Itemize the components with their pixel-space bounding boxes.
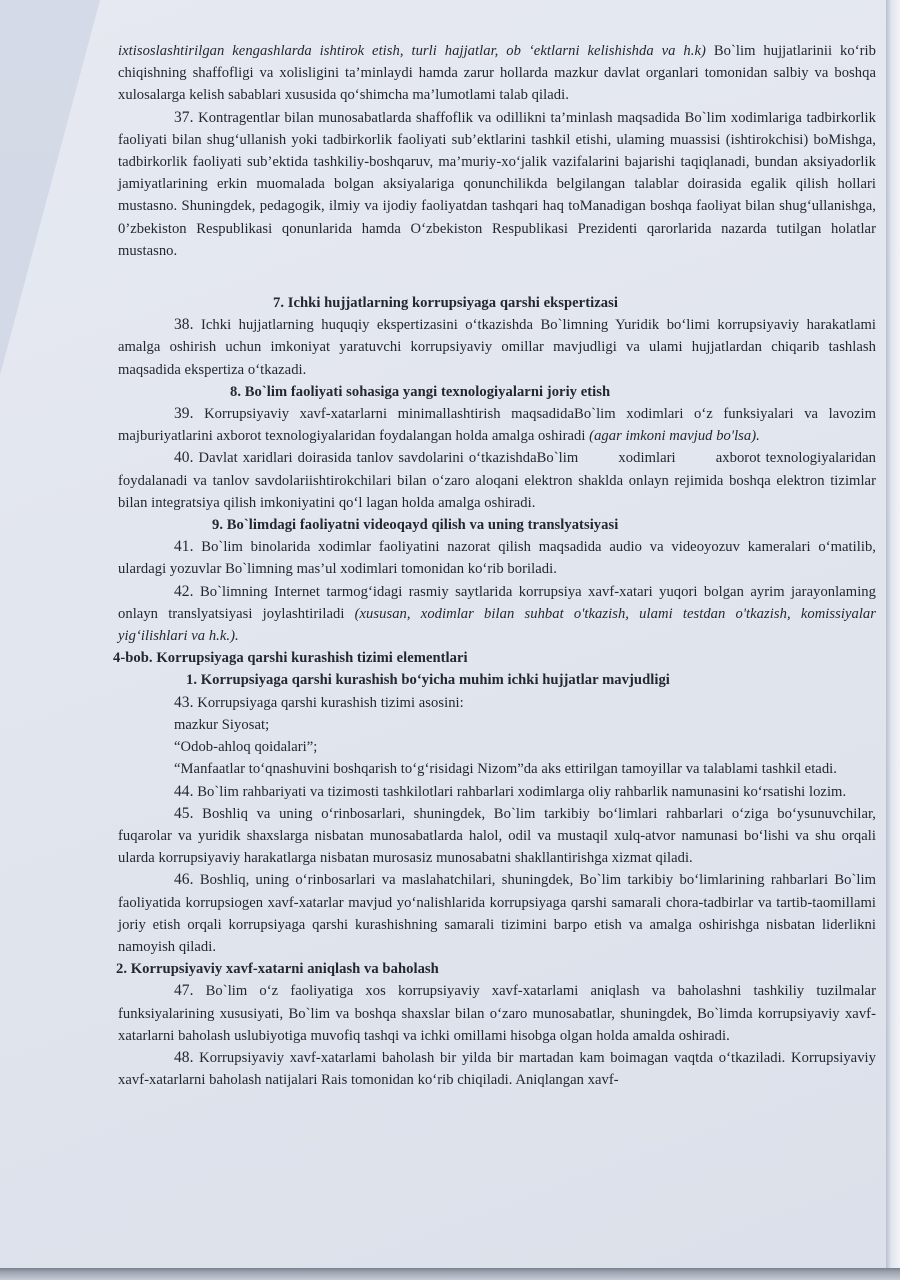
paragraph-44: 44. Bo`lim rahbariyati va tizimosti tash… — [118, 781, 876, 803]
paragraph-39: 39. Korrupsiyaviy xavf-xatarlarni minima… — [118, 403, 876, 447]
paragraph-number: 42. — [174, 583, 194, 600]
paragraph-43: 43. Korrupsiyaga qarshi kurashish tizimi… — [118, 692, 876, 714]
list-item: “Odob-ahloq qoidalari”; — [118, 736, 876, 758]
section-heading-8: 8. Bo`lim faoliyati sohasiga yangi texno… — [118, 381, 876, 403]
paragraph-number: 37. — [174, 109, 194, 126]
chapter-heading: 4-bob. Korrupsiyaga qarshi kurashish tiz… — [113, 647, 876, 669]
section-heading-9: 9. Bo`limdagi faoliyatni videoqayd qilis… — [118, 514, 876, 536]
paragraph-text: Ichki hujjatlarning huquqiy ekspertizasi… — [118, 317, 876, 377]
subsection-heading-2: 2. Korrupsiyaviy xavf-xatarni aniqlash v… — [116, 958, 876, 980]
paragraph-text: Bo`lim binolarida xodimlar faoliyatini n… — [118, 539, 876, 577]
paragraph-number: 44. — [174, 783, 194, 800]
paragraph-number: 46. — [174, 871, 194, 888]
paragraph-number: 39. — [174, 405, 194, 422]
paragraph-text: Boshliq va uning o‘rinbosarlari, shuning… — [118, 806, 876, 866]
paragraph-42: 42. Bo`limning Internet tarmog‘idagi ras… — [118, 581, 876, 648]
italic-note: ixtisoslashtirilgan kengashlarda ishtiro… — [118, 43, 706, 59]
paragraph-48: 48. Korrupsiyaviy xavf-xatarlami baholas… — [118, 1047, 876, 1091]
paragraph-text: Korrupsiyaviy xavf-xatarlarni minimallas… — [118, 406, 876, 444]
paragraph-number: 38. — [174, 316, 194, 333]
page-edge-bottom — [0, 1268, 900, 1280]
paragraph-text: Korrupsiyaga qarshi kurashish tizimi aso… — [194, 695, 464, 711]
italic-note: (agar imkoni mavjud bo'lsa). — [589, 428, 760, 444]
paragraph-number: 47. — [174, 982, 194, 999]
list-item: “Manfaatlar to‘qnashuvini boshqarish to‘… — [118, 758, 876, 780]
paragraph-37: 37. Kontragentlar bilan munosabatlarda s… — [118, 107, 876, 262]
paragraph-41: 41. Bo`lim binolarida xodimlar faoliyati… — [118, 536, 876, 580]
paragraph-text: Boshliq, uning o‘rinbosarlari va maslaha… — [118, 872, 876, 955]
spacer — [118, 262, 876, 284]
document-body: ixtisoslashtirilgan kengashlarda ishtiro… — [118, 40, 876, 1091]
page-edge-right — [886, 0, 900, 1280]
paragraph-47: 47. Bo`lim o‘z faoliyatiga xos korrupsiy… — [118, 980, 876, 1047]
paragraph-text: Kontragentlar bilan munosabatlarda shaff… — [118, 110, 876, 259]
paragraph-text: Bo`lim rahbariyati va tizimosti tashkilo… — [194, 784, 847, 800]
paragraph-38: 38. Ichki hujjatlarning huquqiy eksperti… — [118, 314, 876, 381]
spacer — [118, 284, 876, 292]
section-heading-7: 7. Ichki hujjatlarning korrupsiyaga qars… — [118, 292, 876, 314]
subsection-heading-1: 1. Korrupsiyaga qarshi kurashish bo‘yich… — [118, 669, 876, 691]
paragraph-number: 40. — [174, 449, 194, 466]
paragraph-number: 45. — [174, 805, 194, 822]
paragraph-36-continuation: ixtisoslashtirilgan kengashlarda ishtiro… — [118, 40, 876, 107]
paragraph-number: 48. — [174, 1049, 194, 1066]
paragraph-number: 41. — [174, 538, 194, 555]
paragraph-text: Bo`lim o‘z faoliyatiga xos korrupsiyaviy… — [118, 983, 876, 1043]
paragraph-46: 46. Boshliq, uning o‘rinbosarlari va mas… — [118, 869, 876, 958]
paragraph-number: 43. — [174, 694, 194, 711]
paragraph-text: Korrupsiyaviy xavf-xatarlami baholash bi… — [118, 1050, 876, 1088]
list-item: mazkur Siyosat; — [118, 714, 876, 736]
paragraph-text: Davlat xaridlari doirasida tanlov savdol… — [118, 450, 880, 510]
paragraph-45: 45. Boshliq va uning o‘rinbosarlari, shu… — [118, 803, 876, 870]
paragraph-40: 40. Davlat xaridlari doirasida tanlov sa… — [118, 447, 876, 514]
